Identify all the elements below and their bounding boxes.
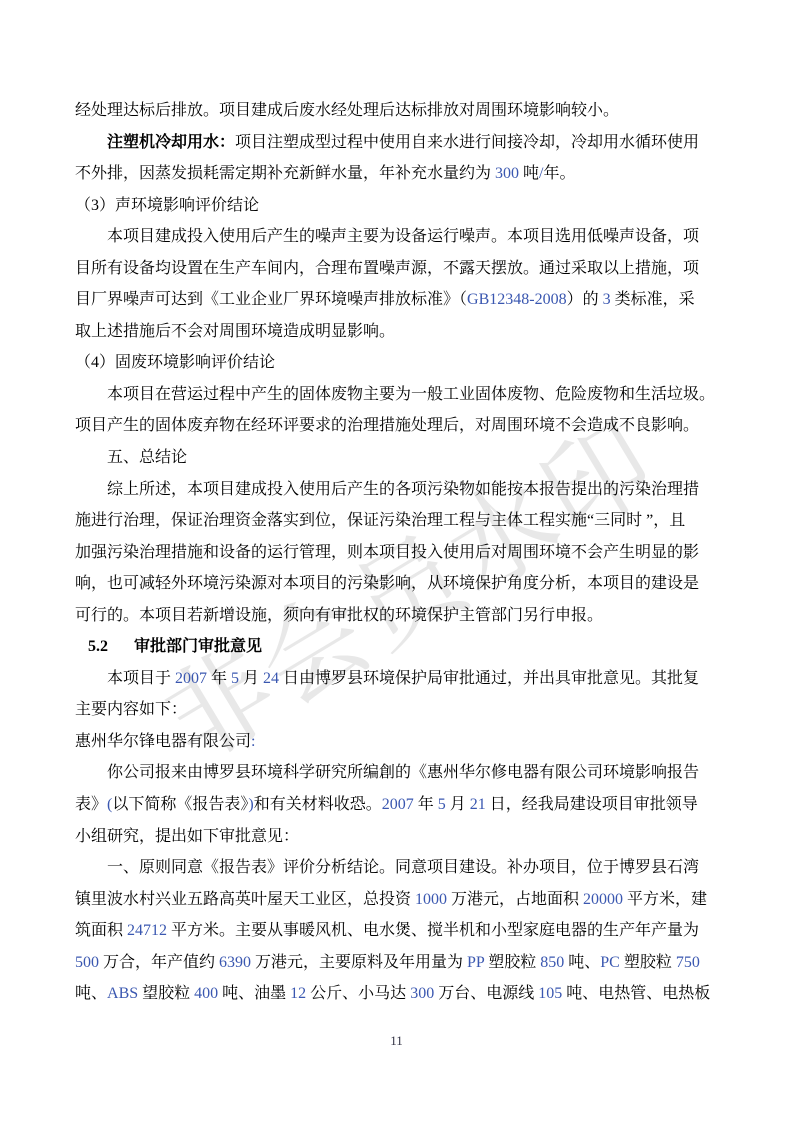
text-line: 目所有设备均设置在生产车间内，合理布置噪声源，不露天摆放。通过采取以上措施，项 — [75, 253, 719, 285]
text-line: 响，也可减轻外环境污染源对本项目的污染影响，从环境保护角度分析，本项目的建设是 — [75, 568, 719, 600]
text-run: 取上述措施后不会对周围环境造成明显影响。 — [75, 323, 395, 340]
text-run: 响，也可减轻外环境污染源对本项目的污染影响，从环境保护角度分析，本项目的建设是 — [75, 575, 699, 592]
text-run: 万台、电源线 — [434, 985, 538, 1002]
text-run: （3）声环境影响评价结论 — [75, 197, 259, 214]
text-line: 经处理达标后排放。项目建成后废水经处理后达标排放对周围环境影响较小。 — [75, 95, 719, 127]
text-run: 12 — [290, 985, 306, 1002]
text-line: 五、总结论 — [75, 442, 719, 474]
text-line: 5.2审批部门审批意见 — [75, 631, 719, 663]
text-line: 表》(以下简称《报告表》)和有关材料收恐。2007 年 5 月 21 日，经我局… — [75, 789, 719, 821]
text-run: 24712 — [127, 922, 167, 939]
text-run: 一、原则同意《报告表》评价分析结论。同意项目建设。补办项目，位于博罗县石湾 — [107, 859, 699, 876]
text-run: 以下简称《报告表》 — [112, 796, 248, 813]
text-run: 21 — [470, 796, 486, 813]
text-run: 日由博罗县环境保护局审批通过，并出具审批意见。其批复 — [279, 670, 699, 687]
text-line: 惠州华尔锋电器有限公司: — [75, 726, 719, 758]
text-run: 平方米，建 — [623, 891, 707, 908]
text-run: 750 — [676, 954, 700, 971]
text-run: 万合，年产值约 — [99, 954, 219, 971]
text-run: （4）固废环境影响评价结论 — [75, 354, 275, 371]
text-line: 本项目于 2007 年 5 月 24 日由博罗县环境保护局审批通过，并出具审批意… — [75, 663, 719, 695]
text-run: ABS — [107, 985, 138, 1002]
text-run: 3 — [603, 291, 611, 308]
text-run: PC — [600, 954, 620, 971]
text-run: 综上所述，本项目建成投入使用后产生的各项污染物如能按本报告提出的污染治理措 — [107, 481, 699, 498]
text-run: 20000 — [583, 891, 623, 908]
text-line: 不外排，因蒸发损耗需定期补充新鲜水量，年补充水量约为 300 吨/年。 — [75, 158, 719, 190]
text-run: : — [251, 733, 255, 750]
text-run: 镇里波水村兴业五路高英叶屋天工业区，总投资 — [75, 891, 415, 908]
text-run: 年。 — [543, 165, 575, 182]
text-line: 综上所述，本项目建成投入使用后产生的各项污染物如能按本报告提出的污染治理措 — [75, 474, 719, 506]
text-line: 目厂界噪声可达到《工业企业厂界环境噪声排放标准》（GB12348-2008）的 … — [75, 284, 719, 316]
text-run: 经处理达标后排放。项目建成后废水经处理后达标排放对周围环境影响较小。 — [75, 102, 619, 119]
text-run: 5 — [438, 796, 446, 813]
text-run: 施进行治理，保证治理资金落实到位，保证污染治理工程与主体工程实施“三同时 ”，且 — [75, 512, 685, 529]
text-run: 月 — [446, 796, 470, 813]
text-line: （4）固废环境影响评价结论 — [75, 347, 719, 379]
text-run: 105 — [538, 985, 562, 1002]
text-line: 镇里波水村兴业五路高英叶屋天工业区，总投资 1000 万港元，占地面积 2000… — [75, 884, 719, 916]
text-run: 目厂界噪声可达到《工业企业厂界环境噪声排放标准》（ — [75, 291, 467, 308]
text-run: 本项目在营运过程中产生的固体废物主要为一般工业固体废物、危险废物和生活垃圾。 — [107, 386, 715, 403]
text-run: 吨、 — [564, 954, 600, 971]
text-run: ）的 — [567, 291, 603, 308]
text-run: 500 — [75, 954, 99, 971]
text-line: 项目产生的固体废弃物在经环评要求的治理措施处理后，对周围环境不会造成不良影响。 — [75, 410, 719, 442]
text-run: 类标准，采 — [611, 291, 695, 308]
text-run: 年 — [207, 670, 231, 687]
text-run: 本项目建成投入使用后产生的噪声主要为设备运行噪声。本项目选用低噪声设备，项 — [107, 228, 699, 245]
text-run: 和有关材料收恐。 — [254, 796, 382, 813]
text-run: 吨、 — [75, 985, 107, 1002]
text-run: 项目产生的固体废弃物在经环评要求的治理措施处理后，对周围环境不会造成不良影响。 — [75, 417, 699, 434]
text-run: 300 — [495, 165, 519, 182]
text-run: 主要内容如下： — [75, 701, 187, 718]
text-line: （3）声环境影响评价结论 — [75, 190, 719, 222]
text-run: 400 — [194, 985, 218, 1002]
text-run: 24 — [263, 670, 279, 687]
text-run: 审批部门审批意见 — [134, 638, 262, 655]
text-run: 不外排，因蒸发损耗需定期补充新鲜水量，年补充水量约为 — [75, 165, 495, 182]
text-line: 主要内容如下： — [75, 694, 719, 726]
text-run: 850 — [540, 954, 564, 971]
text-line: 施进行治理，保证治理资金落实到位，保证污染治理工程与主体工程实施“三同时 ”，且 — [75, 505, 719, 537]
text-line: 本项目在营运过程中产生的固体废物主要为一般工业固体废物、危险废物和生活垃圾。 — [75, 379, 719, 411]
text-run: 5 — [231, 670, 239, 687]
text-run: 项目注塑成型过程中使用自来水进行间接冷却，冷却用水循环使用 — [235, 134, 699, 151]
document-page: 非会员水印 经处理达标后排放。项目建成后废水经处理后达标排放对周围环境影响较小。… — [0, 0, 793, 1122]
text-run: 1000 — [415, 891, 447, 908]
text-line: 取上述措施后不会对周围环境造成明显影响。 — [75, 316, 719, 348]
text-run: 吨、油墨 — [218, 985, 290, 1002]
text-run: 表》 — [75, 796, 107, 813]
text-run: 月 — [239, 670, 263, 687]
text-run: 2007 — [175, 670, 207, 687]
text-line: 500 万合，年产值约 6390 万港元，主要原料及年用量为 PP 塑胶粒 85… — [75, 947, 719, 979]
text-run: 本项目于 — [107, 670, 175, 687]
text-run: 塑胶粒 — [620, 954, 676, 971]
text-run: 塑胶粒 — [484, 954, 540, 971]
text-run: 目所有设备均设置在生产车间内，合理布置噪声源，不露天摆放。通过采取以上措施，项 — [75, 260, 699, 277]
text-run: 你公司报来由博罗县环境科学研究所编創的《惠州华尔修电器有限公司环境影响报告 — [107, 764, 699, 781]
text-run: 吨、电热管、电热板 — [562, 985, 710, 1002]
text-line: 一、原则同意《报告表》评价分析结论。同意项目建设。补办项目，位于博罗县石湾 — [75, 852, 719, 884]
text-line: 吨、ABS 望胶粒 400 吨、油墨 12 公斤、小马达 300 万台、电源线 … — [75, 978, 719, 1010]
text-line: 本项目建成投入使用后产生的噪声主要为设备运行噪声。本项目选用低噪声设备，项 — [75, 221, 719, 253]
text-line: 小组研究，提出如下审批意见： — [75, 821, 719, 853]
text-run: 小组研究，提出如下审批意见： — [75, 828, 299, 845]
text-run: 5.2 — [88, 638, 108, 655]
text-line: 加强污染治理措施和设备的运行管理，则本项目投入使用后对周围环境不会产生明显的影 — [75, 537, 719, 569]
text-line: 筑面积 24712 平方米。主要从事暖风机、电水煲、搅半机和小型家庭电器的生产年… — [75, 915, 719, 947]
text-run: 万港元，占地面积 — [447, 891, 583, 908]
text-run: 筑面积 — [75, 922, 127, 939]
text-run: 惠州华尔锋电器有限公司 — [75, 733, 251, 750]
page-number: 11 — [0, 1030, 793, 1052]
text-run: 6390 — [219, 954, 251, 971]
text-line: 你公司报来由博罗县环境科学研究所编創的《惠州华尔修电器有限公司环境影响报告 — [75, 757, 719, 789]
document-body: 经处理达标后排放。项目建成后废水经处理后达标排放对周围环境影响较小。注塑机冷却用… — [75, 95, 719, 1010]
text-line: 可行的。本项目若新增设施，须向有审批权的环境保护主管部门另行申报。 — [75, 600, 719, 632]
text-run: 万港元，主要原料及年用量为 — [251, 954, 467, 971]
text-run: PP — [467, 954, 484, 971]
text-run: 年 — [414, 796, 438, 813]
text-run: 平方米。主要从事暖风机、电水煲、搅半机和小型家庭电器的生产年产量为 — [167, 922, 699, 939]
text-run: GB12348-2008 — [467, 291, 567, 308]
text-run: 日，经我局建设项目审批领导 — [486, 796, 698, 813]
text-run: 望胶粒 — [138, 985, 194, 1002]
text-run: 2007 — [382, 796, 414, 813]
text-run: 公斤、小马达 — [306, 985, 410, 1002]
text-run: 五、总结论 — [107, 449, 187, 466]
text-run: 300 — [410, 985, 434, 1002]
text-run: 吨 — [519, 165, 539, 182]
text-run: 加强污染治理措施和设备的运行管理，则本项目投入使用后对周围环境不会产生明显的影 — [75, 544, 699, 561]
text-line: 注塑机冷却用水：项目注塑成型过程中使用自来水进行间接冷却，冷却用水循环使用 — [75, 127, 719, 159]
text-run: 可行的。本项目若新增设施，须向有审批权的环境保护主管部门另行申报。 — [75, 607, 603, 624]
text-run: 注塑机冷却用水： — [107, 134, 235, 151]
